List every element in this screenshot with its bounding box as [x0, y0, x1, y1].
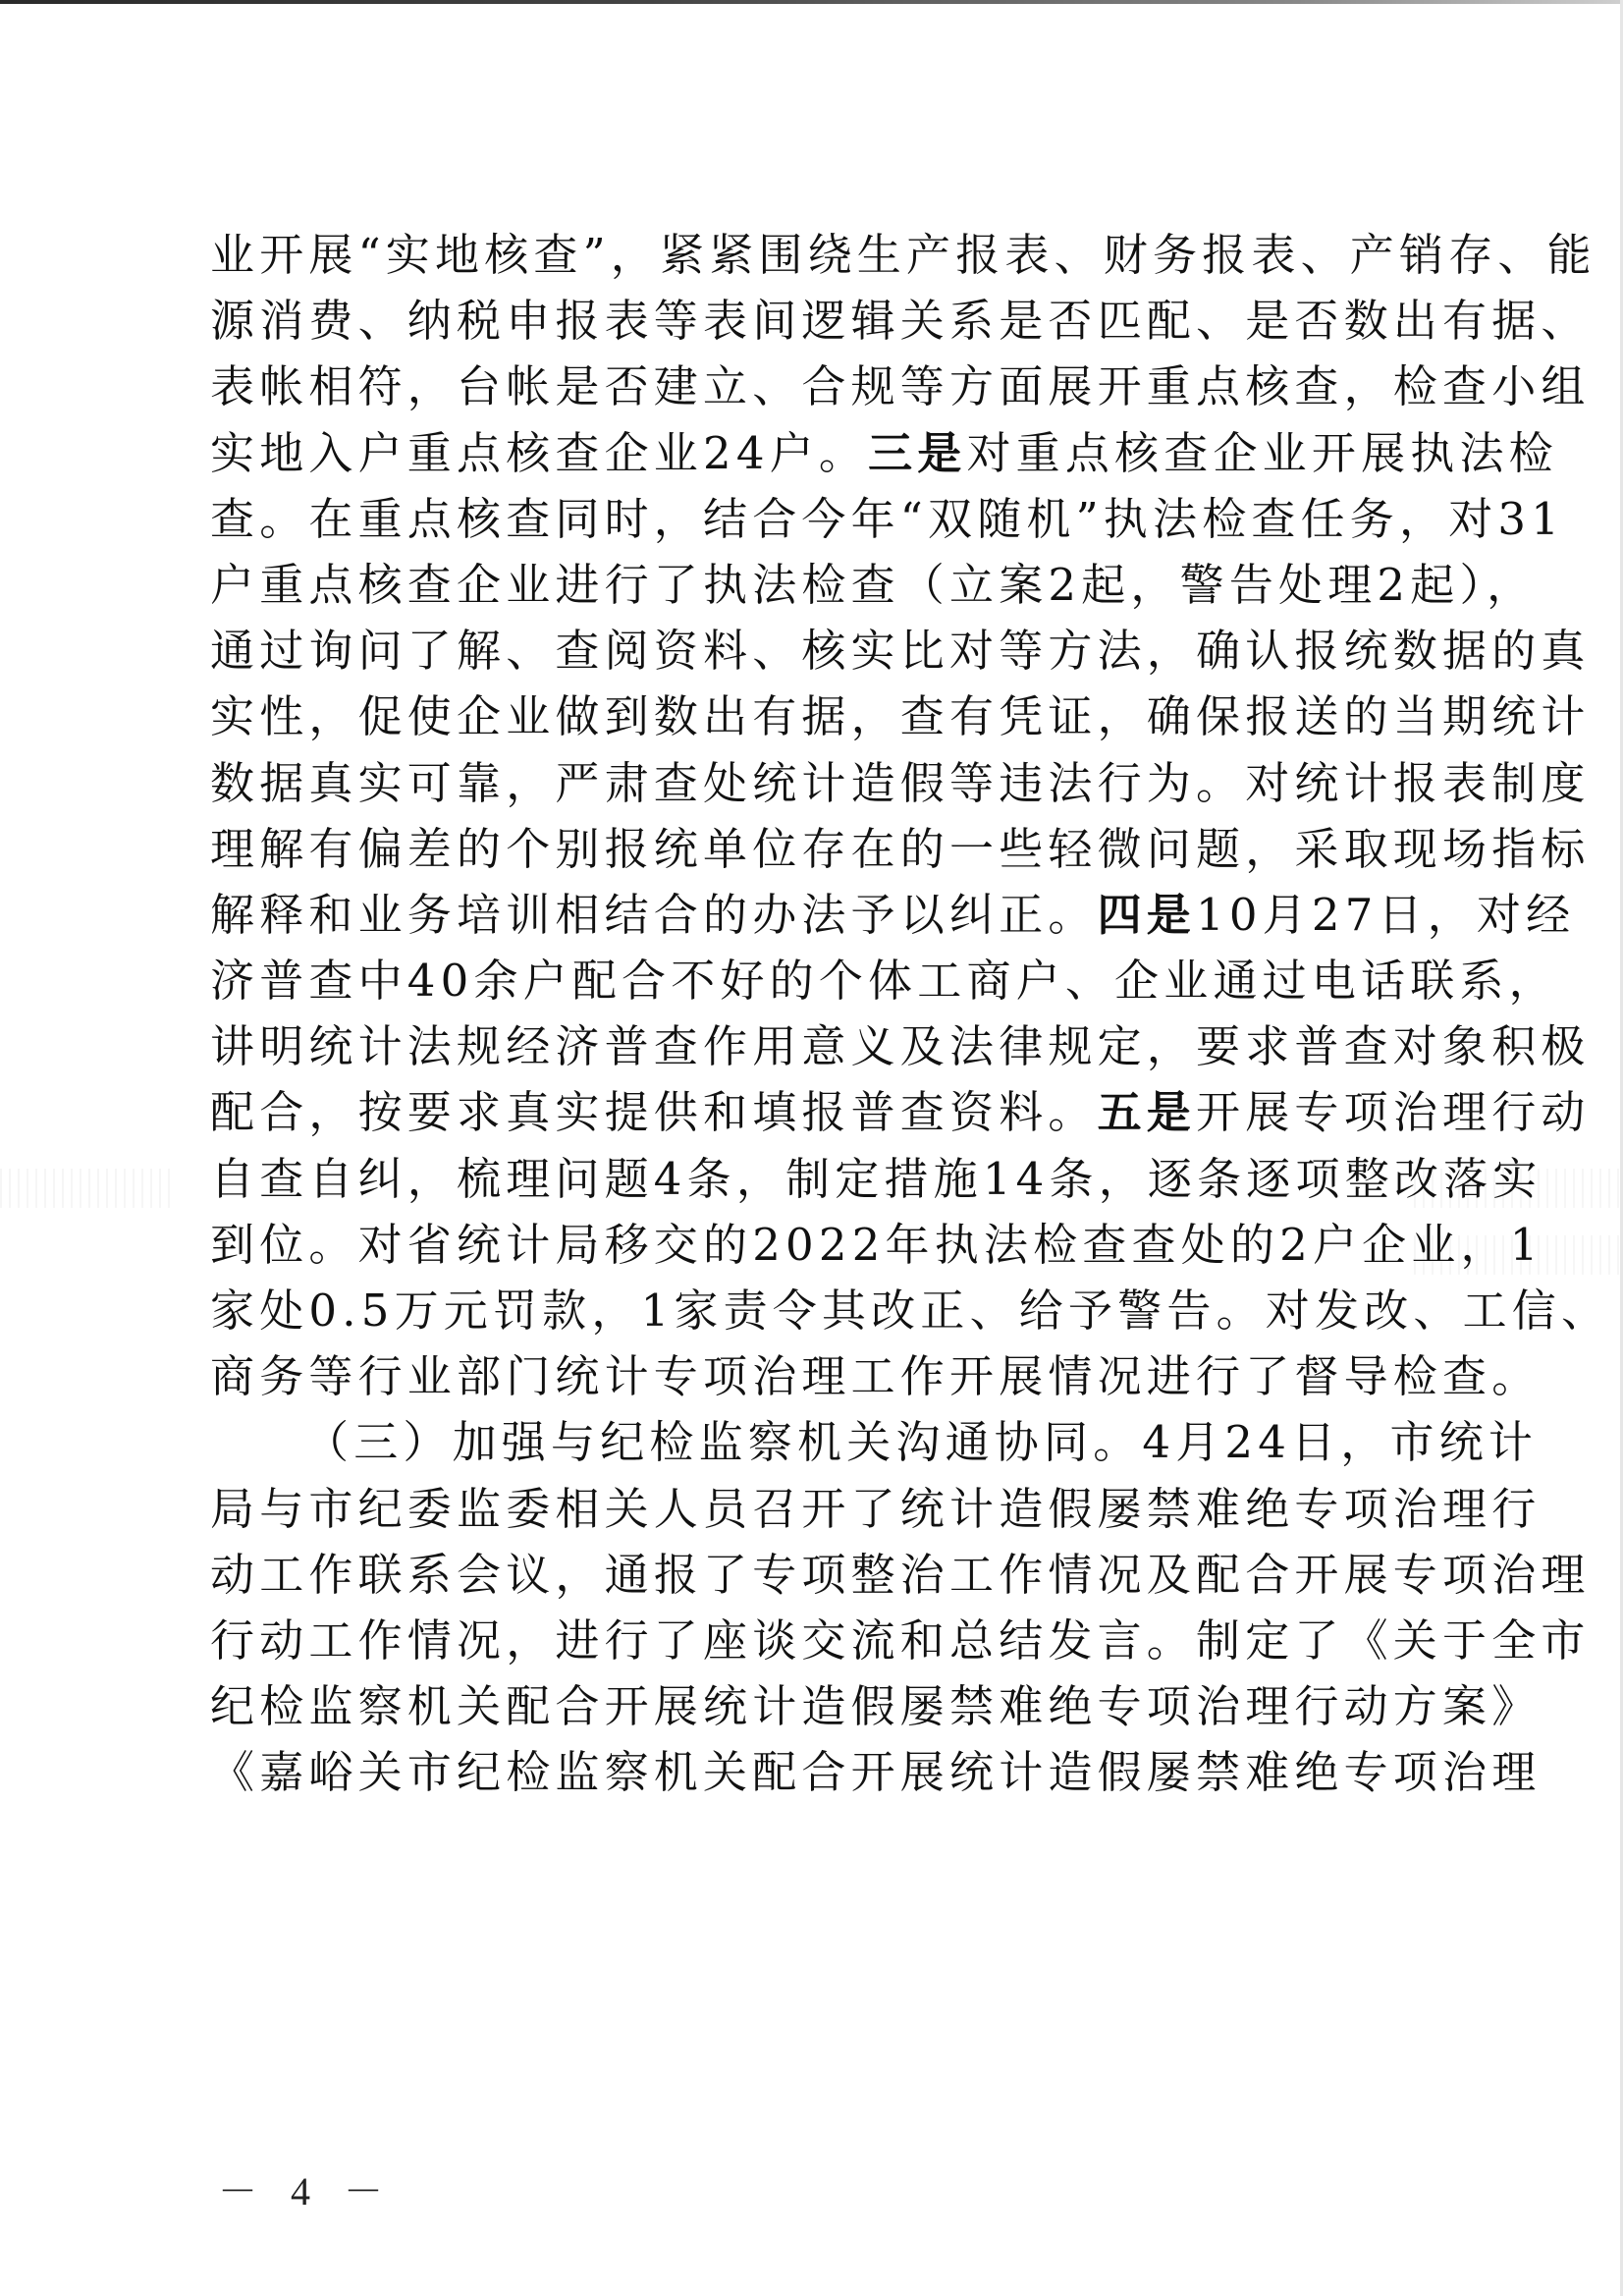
scan-top-edge: [0, 0, 1623, 4]
bold-marker-fifth: 五是: [1098, 1086, 1196, 1138]
text-line: 讲明统计法规经济普查作用意义及法律规定，要求普查对象积极: [210, 1013, 1418, 1079]
paragraph-enforcement-checks: 业开展“实地核查”，紧紧围绕生产报表、财务报表、产销存、能 源消费、纳税申报表等…: [210, 222, 1418, 1409]
text-line: 家处0.5万元罚款，1家责令其改正、给予警告。对发改、工信、: [210, 1278, 1418, 1343]
text-line: 纪检监察机关配合开展统计造假屡禁难绝专项治理行动方案》: [210, 1673, 1418, 1739]
text-line: 到位。对省统计局移交的2022年执法检查查处的2户企业，1: [210, 1212, 1418, 1278]
text-line: 源消费、纳税申报表等表间逻辑关系是否匹配、是否数出有据、: [210, 288, 1418, 354]
text-line: 局与市纪委监委相关人员召开了统计造假屡禁难绝专项治理行: [210, 1476, 1418, 1542]
text-run: 对重点核查企业开展执法检: [966, 427, 1557, 479]
text-line: 实地入户重点核查企业24户。三是对重点核查企业开展执法检: [210, 420, 1418, 486]
text-line: 实性，促使企业做到数出有据，查有凭证，确保报送的当期统计: [210, 683, 1418, 749]
text-line: 《嘉峪关市纪检监察机关配合开展统计造假屡禁难绝专项治理: [210, 1739, 1418, 1805]
text-line: 数据真实可靠，严肃查处统计造假等违法行为。对统计报表制度: [210, 750, 1418, 816]
bold-marker-third: 三是: [868, 427, 966, 479]
text-line: 理解有偏差的个别报统单位存在的一些轻微问题，采取现场指标: [210, 816, 1418, 882]
text-run: 实地入户重点核查企业24户。: [210, 427, 868, 479]
text-run: 解释和业务培训相结合的办法予以纠正。: [210, 889, 1098, 941]
text-line: 配合，按要求真实提供和填报普查资料。五是开展专项治理行动: [210, 1079, 1418, 1145]
text-line: 动工作联系会议，通报了专项整治工作情况及配合开展专项治理: [210, 1542, 1418, 1608]
text-line: 查。在重点核查同时，结合今年“双随机”执法检查任务，对31: [210, 486, 1418, 552]
section-heading-line: （三）加强与纪检监察机关沟通协同。4月24日，市统计: [210, 1409, 1418, 1475]
text-line: 行动工作情况，进行了座谈交流和总结发言。制定了《关于全市: [210, 1608, 1418, 1673]
text-line: 通过询问了解、查阅资料、核实比对等方法，确认报统数据的真: [210, 618, 1418, 683]
text-run: 开展专项治理行动: [1196, 1086, 1591, 1138]
text-line: 解释和业务培训相结合的办法予以纠正。四是10月27日，对经: [210, 882, 1418, 948]
text-run: 配合，按要求真实提供和填报普查资料。: [210, 1086, 1098, 1138]
text-line: 表帐相符，台帐是否建立、合规等方面展开重点核查，检查小组: [210, 354, 1418, 419]
paragraph-discipline-coordination: （三）加强与纪检监察机关沟通协同。4月24日，市统计 局与市纪委监委相关人员召开…: [210, 1409, 1418, 1805]
text-line: 户重点核查企业进行了执法检查（立案2起，警告处理2起），: [210, 552, 1418, 618]
bold-marker-fourth: 四是: [1098, 889, 1196, 941]
text-line: 自查自纠，梳理问题4条，制定措施14条，逐条逐项整改落实: [210, 1146, 1418, 1212]
document-body: 业开展“实地核查”，紧紧围绕生产报表、财务报表、产销存、能 源消费、纳税申报表等…: [210, 222, 1418, 1806]
text-line: 济普查中40余户配合不好的个体工商户、企业通过电话联系，: [210, 948, 1418, 1013]
scan-noise: [0, 1169, 177, 1208]
page-number: － 4 －: [218, 2160, 395, 2216]
text-run: 10月27日，对经: [1196, 889, 1575, 941]
text-line: 商务等行业部门统计专项治理工作开展情况进行了督导检查。: [210, 1343, 1418, 1409]
text-line: 业开展“实地核查”，紧紧围绕生产报表、财务报表、产销存、能: [210, 222, 1418, 288]
